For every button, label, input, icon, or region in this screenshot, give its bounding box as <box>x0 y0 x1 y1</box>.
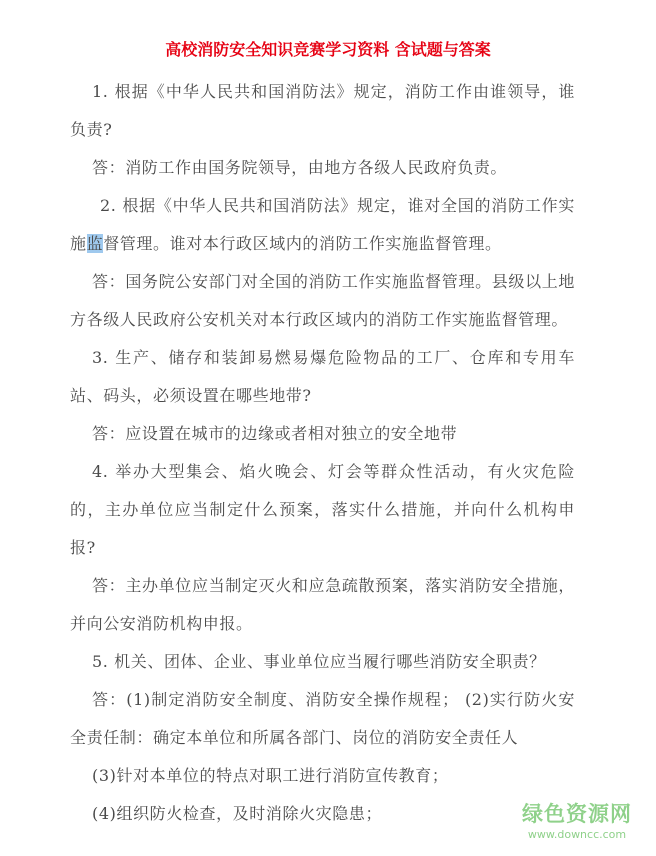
document-body: 1. 根据《中华人民共和国消防法》规定，消防工作由谁领导，谁负责? 答：消防工作… <box>70 73 575 833</box>
document-page: 高校消防安全知识竞赛学习资料 含试题与答案 1. 根据《中华人民共和国消防法》规… <box>0 0 656 856</box>
watermark-url: www.downcc.com <box>512 828 642 842</box>
question-5: 5. 机关、团体、企业、事业单位应当履行哪些消防安全职责？ <box>70 643 575 681</box>
watermark-name: 绿色资源网 <box>512 801 642 827</box>
answer-4: 答：主办单位应当制定灭火和应急疏散预案，落实消防安全措施，并向公安消防机构申报。 <box>70 567 575 643</box>
document-title: 高校消防安全知识竞赛学习资料 含试题与答案 <box>0 38 656 62</box>
answer-5-item-3: (3)针对本单位的特点对职工进行消防宣传教育； <box>70 757 575 795</box>
question-4: 4. 举办大型集会、焰火晚会、灯会等群众性活动，有火灾危险的，主办单位应当制定什… <box>70 453 575 567</box>
answer-1: 答：消防工作由国务院领导，由地方各级人民政府负责。 <box>70 149 575 187</box>
answer-5-item-4: (4)组织防火检查，及时消除火灾隐患； <box>70 795 575 833</box>
text-selection-highlight[interactable]: 监 <box>87 234 104 253</box>
question-2-text-after: 督管理。谁对本行政区域内的消防工作实施监督管理。 <box>103 234 501 253</box>
answer-5: 答：(1)制定消防安全制度、消防安全操作规程； (2)实行防火安全责任制：确定本… <box>70 681 575 757</box>
question-3: 3. 生产、储存和装卸易燃易爆危险物品的工厂、仓库和专用车站、码头，必须设置在哪… <box>70 339 575 415</box>
question-1: 1. 根据《中华人民共和国消防法》规定，消防工作由谁领导，谁负责? <box>70 73 575 149</box>
question-2: 2. 根据《中华人民共和国消防法》规定，谁对全国的消防工作实施监督管理。谁对本行… <box>70 187 575 263</box>
answer-3: 答：应设置在城市的边缘或者相对独立的安全地带 <box>70 415 575 453</box>
answer-2: 答：国务院公安部门对全国的消防工作实施监督管理。县级以上地方各级人民政府公安机关… <box>70 263 575 339</box>
site-watermark: 绿色资源网 www.downcc.com <box>512 801 642 842</box>
